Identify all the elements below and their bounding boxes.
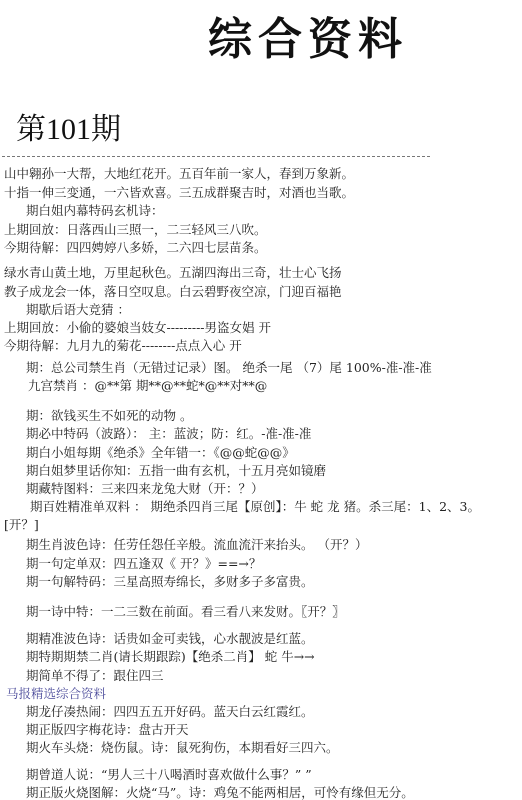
text-line: 教子成龙会一体，落日空叹息。白云碧野夜空凉，门迎百福艳: [4, 283, 342, 300]
text-line: 期白姐梦里话你知：五指一曲有玄机，十五月亮如镜磨: [26, 462, 326, 479]
text-line: 上期回放：小偷的婆娘当妓女---------男盗女娼 开: [4, 319, 271, 336]
text-line: 九宫禁肖 ：@**第 期**@**蛇*@**对**@: [28, 377, 267, 394]
text-line: 期正版四字梅花诗：盘古开天: [26, 721, 189, 738]
text-line: 期火车头烧：烧伤鼠。诗：鼠死狗伤，本期看好三四六。: [26, 739, 339, 756]
text-line: 期百姓精准单双料 ： 期绝杀四肖三尾【原创】：牛 蛇 龙 猪。杀三尾：1、2、3…: [30, 498, 480, 515]
text-line: 山中翱孙一大帮，大地红花开。五百年前一家人，春到万象新。: [4, 165, 354, 182]
featured-materials-link[interactable]: 马报精选综合资料: [6, 685, 106, 702]
text-line: 十指一伸三变通，一六皆欢喜。三五成群聚吉时，对酒也当歌。: [4, 184, 354, 201]
text-line: 期龙仔凑热闹：四四五五开好码。蓝天白云红霞红。: [26, 703, 314, 720]
text-line: 期一诗中特：一二三数在前面。看三看八来发财。〖开？〗: [26, 603, 345, 620]
text-line: 期特期期禁二肖(请长期跟踪)【绝杀二肖】 蛇 牛→→: [26, 648, 315, 665]
text-line: 期：总公司禁生肖（无错过记录）图。 绝杀一尾 （7）尾 100%-准-准-准: [26, 359, 432, 376]
section-heading: 期歇后语大竞猜 ：: [26, 301, 130, 318]
text-line: [开？]: [4, 516, 39, 533]
text-line: 绿水青山黄土地，万里起秋色。五湖四海出三奇，壮士心飞扬: [4, 264, 342, 281]
text-line: 期白小姐每期《绝杀》全年错一：《@@蛇@@》: [26, 444, 295, 461]
text-line: 期：欲钱买生不如死的动物 。: [26, 407, 192, 424]
divider: [2, 156, 430, 157]
text-line: 期藏特图料：三来四来龙兔大财（开：？）: [26, 480, 264, 497]
text-line: 今期待解：九月九的菊花--------点点入心 开: [4, 337, 242, 354]
text-line: 期曾道人说：“男人三十八喝酒时喜欢做什么事？” ”: [26, 766, 312, 783]
text-line: 上期回放：日落西山三照一，二三轻风三八吹。: [4, 221, 267, 238]
text-line: 期一句定单双：四五逢双《 开？》==→？: [26, 555, 261, 572]
issue-number: 第101期: [16, 112, 121, 148]
text-line: 期一句解特码：三星高照寿绵长，多财多子多富贵。: [26, 573, 314, 590]
text-line: 今期待解：四四娉婷八多娇，二六四七层苗条。: [4, 239, 267, 256]
text-line: 期必中特码（波路）： 主：蓝波；防：红。-准-准-准: [26, 425, 311, 442]
section-heading: 期白姐内幕特码玄机诗：: [26, 202, 164, 219]
text-line: 期简单不得了：跟住四三: [26, 667, 164, 684]
page-title: 综合资料: [208, 14, 408, 66]
text-line: 期精准波色诗：话贵如金可卖钱，心水靓波是红蓝。: [26, 630, 314, 647]
text-line: 期正版火烧图解：火烧“马”。诗：鸡兔不能两相居，可怜有缘但无分。: [26, 784, 414, 800]
text-line: 期生肖波色诗：任劳任怨任辛般。流血流汗来抬头。 （开？）: [26, 536, 367, 553]
